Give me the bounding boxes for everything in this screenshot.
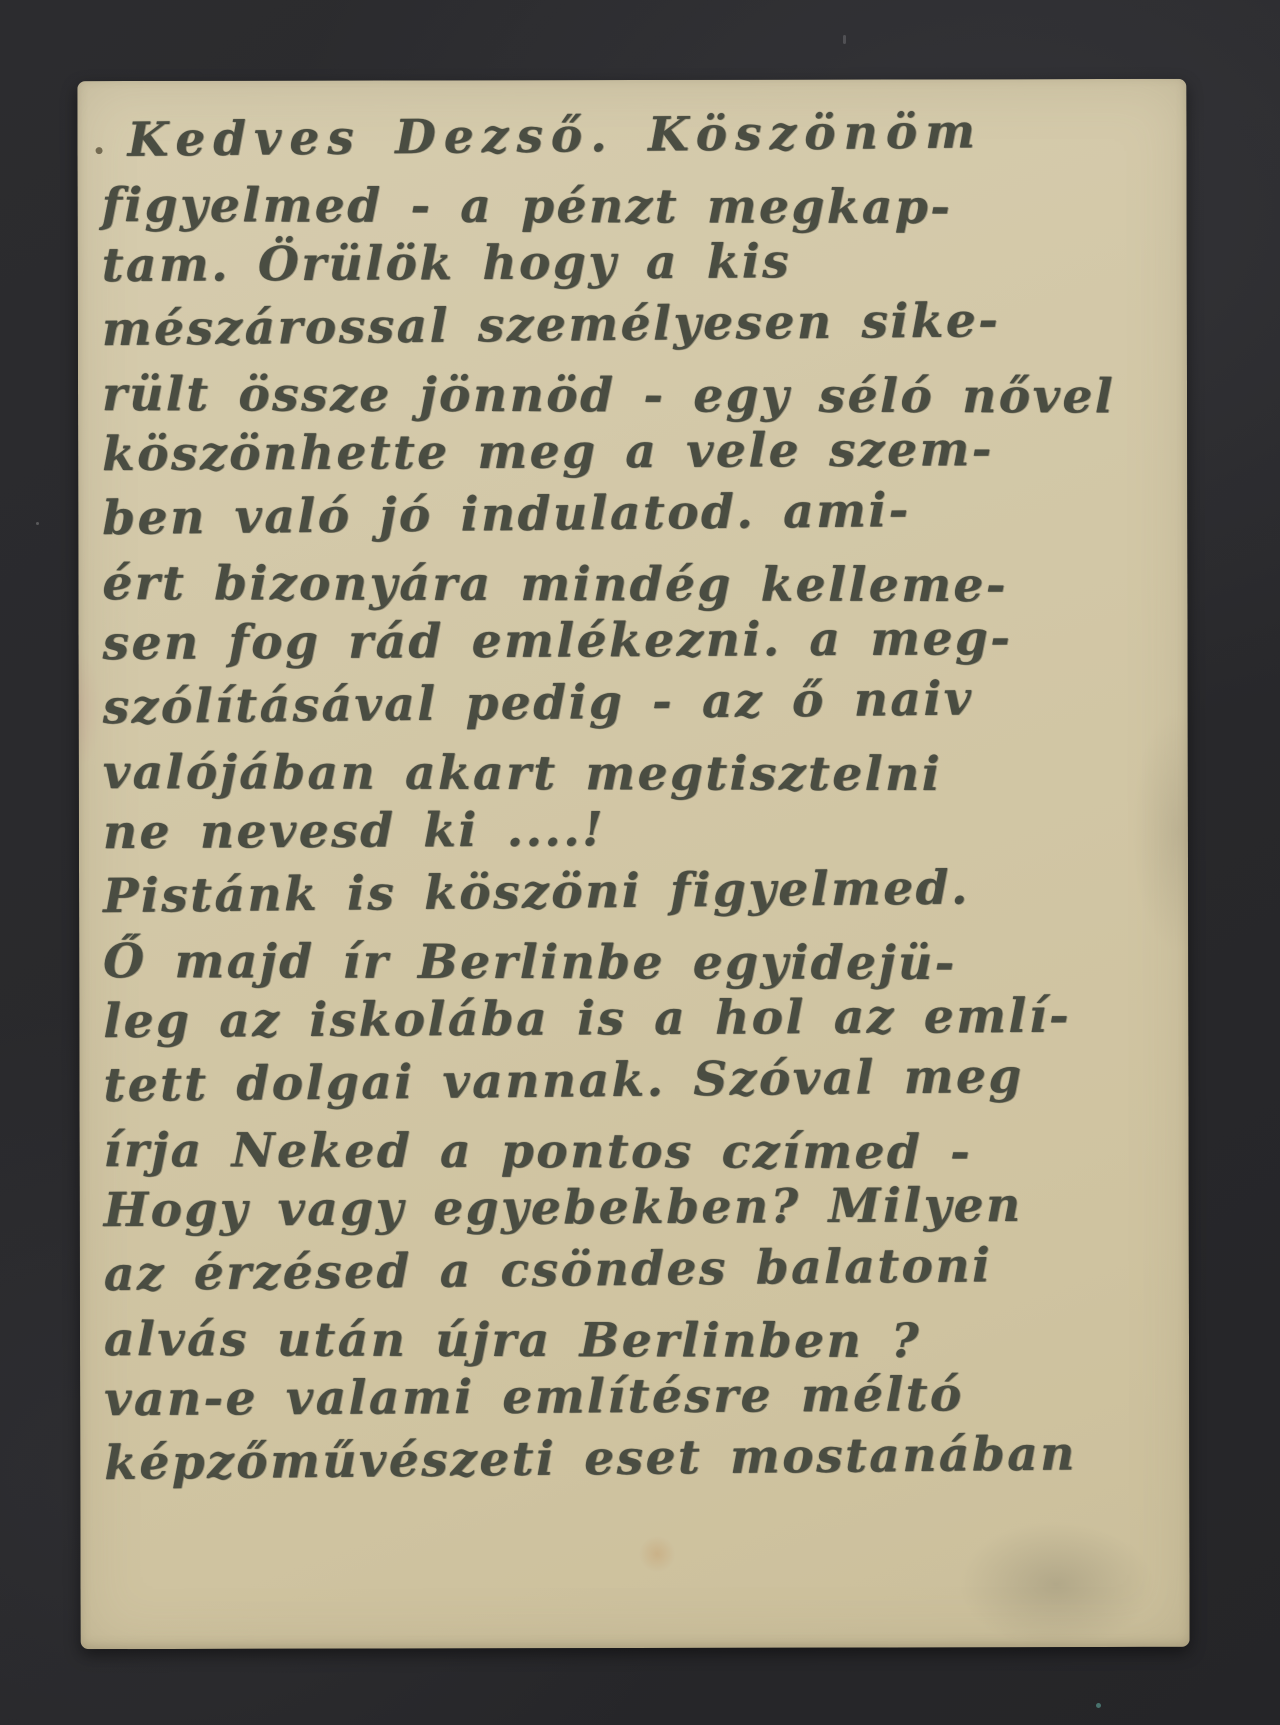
letter-line-4: mészárossal személyesen sike- bbox=[102, 287, 1182, 361]
dust-speck bbox=[36, 522, 39, 525]
letter-line-6: köszönhette meg a vele szem- bbox=[102, 417, 1181, 486]
dust-speck bbox=[843, 35, 846, 44]
letter-line-21: van-e valami említésre méltó bbox=[104, 1362, 1183, 1431]
letter-line-22: képzőművészeti eset mostanában bbox=[104, 1421, 1184, 1495]
letter-line-18: Hogy vagy egyebekben? Milyen bbox=[104, 1173, 1183, 1242]
letter-card: Kedves Dezső. Köszönöm figyelmed - a pén… bbox=[77, 79, 1189, 1649]
letter-line-13: Pistánk is köszöni figyelmed. bbox=[103, 854, 1183, 928]
letter-line-19: az érzésed a csöndes balatoni bbox=[104, 1232, 1184, 1306]
dust-speck bbox=[1096, 1703, 1101, 1708]
letter-line-7: ben való jó indulatod. ami- bbox=[102, 476, 1182, 550]
letter-line-1: Kedves Dezső. Köszönöm bbox=[101, 98, 1181, 172]
photo-backdrop: Kedves Dezső. Köszönöm figyelmed - a pén… bbox=[0, 0, 1280, 1725]
letter-line-3: tam. Örülök hogy a kis bbox=[102, 228, 1181, 297]
letter-line-10: szólításával pedig - az ő naiv bbox=[102, 665, 1182, 739]
letter-line-15: leg az iskolába is a hol az emlí- bbox=[103, 984, 1182, 1053]
letter-text: Kedves Dezső. Köszönöm figyelmed - a pén… bbox=[101, 107, 1183, 1495]
letter-line-12: ne nevesd ki ....! bbox=[103, 795, 1182, 864]
letter-line-16: tett dolgai vannak. Szóval meg bbox=[103, 1043, 1183, 1117]
letter-line-9: sen fog rád emlékezni. a meg- bbox=[102, 606, 1181, 675]
